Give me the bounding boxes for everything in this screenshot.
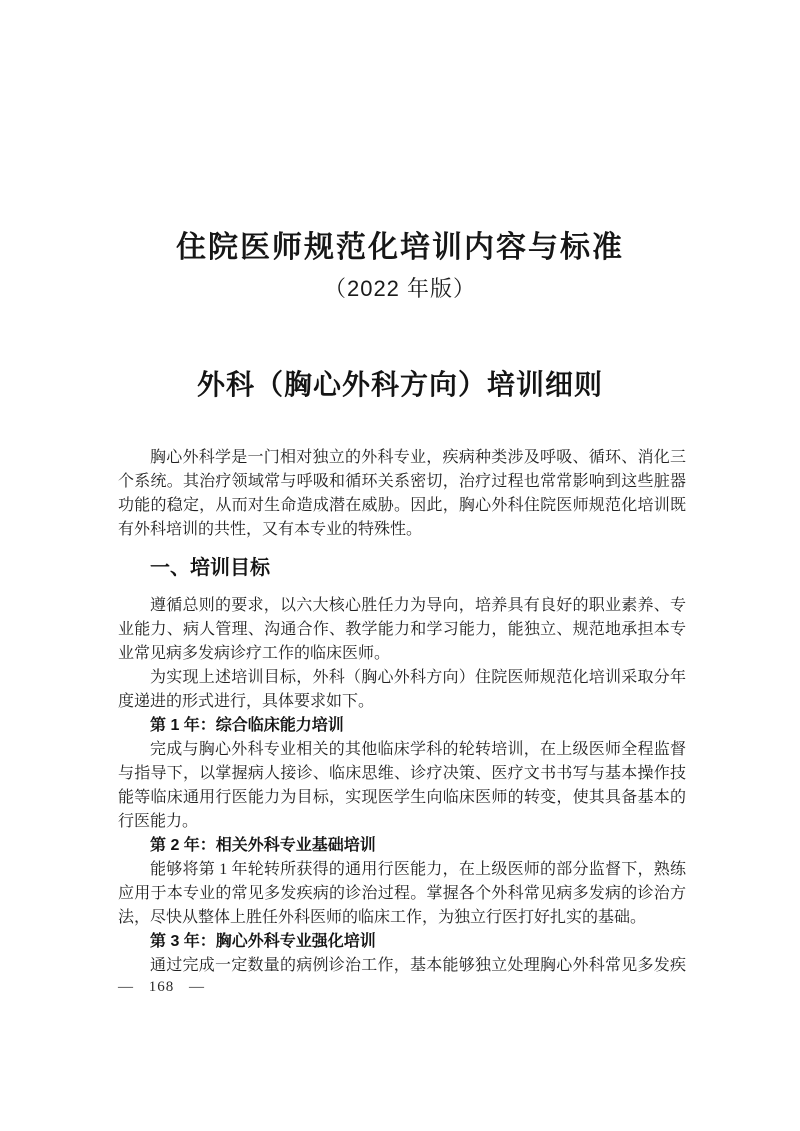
year-3-heading: 第 3 年：胸心外科专业强化培训 bbox=[118, 930, 686, 954]
year-2-heading: 第 2 年：相关外科专业基础培训 bbox=[118, 834, 686, 858]
year-2-paragraph: 能够将第 1 年轮转所获得的通用行医能力，在上级医师的部分监督下，熟练应用于本专… bbox=[118, 858, 686, 930]
document-title: 住院医师规范化培训内容与标准 bbox=[0, 222, 800, 266]
goal-paragraph-1: 遵循总则的要求，以六大核心胜任力为导向，培养具有良好的职业素养、专业能力、病人管… bbox=[118, 594, 686, 666]
document-edition: （2022 年版） bbox=[0, 272, 800, 303]
year-1-heading: 第 1 年：综合临床能力培训 bbox=[118, 714, 686, 738]
chapter-title: 外科（胸心外科方向）培训细则 bbox=[0, 363, 800, 403]
intro-paragraph: 胸心外科学是一门相对独立的外科专业，疾病种类涉及呼吸、循环、消化三个系统。其治疗… bbox=[118, 446, 686, 542]
year-1-paragraph: 完成与胸心外科专业相关的其他临床学科的轮转培训，在上级医师全程监督与指导下，以掌… bbox=[118, 738, 686, 834]
page-number: — 168 — bbox=[118, 979, 205, 996]
document-body: 胸心外科学是一门相对独立的外科专业，疾病种类涉及呼吸、循环、消化三个系统。其治疗… bbox=[118, 446, 686, 980]
section-heading-training-goals: 一、培训目标 bbox=[118, 554, 686, 582]
document-page: 住院医师规范化培训内容与标准 （2022 年版） 外科（胸心外科方向）培训细则 … bbox=[0, 0, 800, 1131]
year-3-paragraph: 通过完成一定数量的病例诊治工作，基本能够独立处理胸心外科常见多发疾病的诊治。在此… bbox=[118, 954, 686, 980]
goal-paragraph-2: 为实现上述培训目标，外科（胸心外科方向）住院医师规范化培训采取分年度递进的形式进… bbox=[118, 666, 686, 714]
